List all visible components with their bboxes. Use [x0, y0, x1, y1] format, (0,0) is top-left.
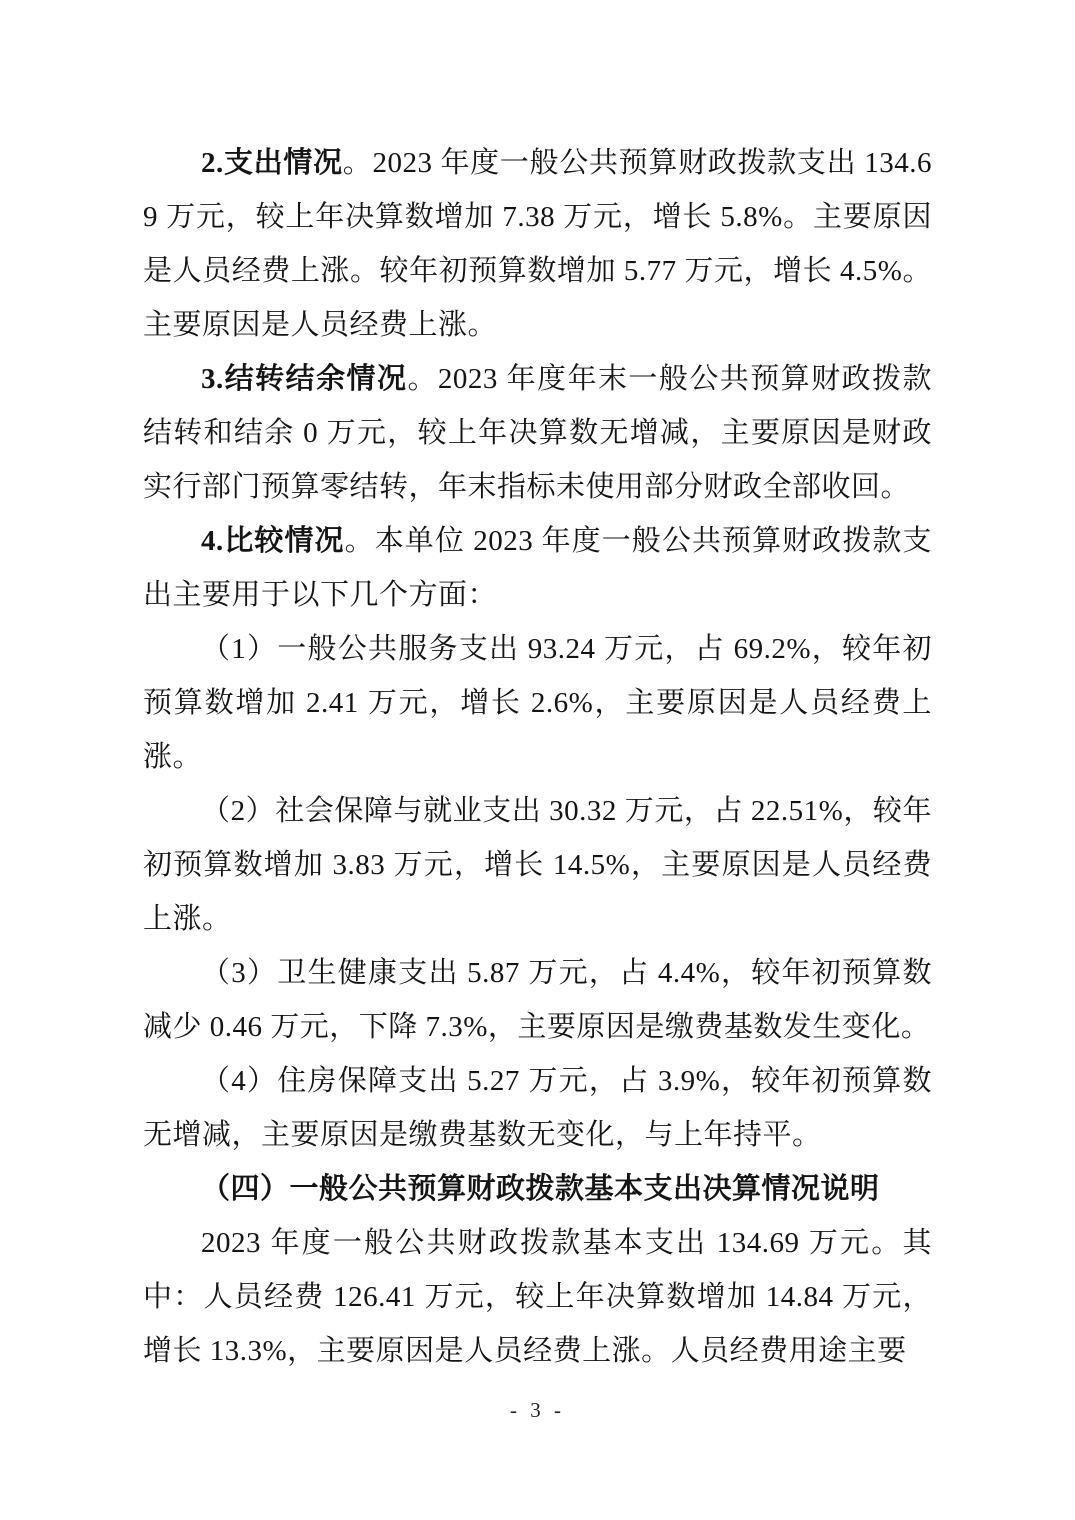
paragraph: 2.支出情况。2023 年度一般公共预算财政拨款支出 134.69 万元，较上年…: [143, 136, 932, 352]
paragraph: （1）一般公共服务支出 93.24 万元，占 69.2%，较年初预算数增加 2.…: [143, 622, 932, 784]
bold-text-run: （四）一般公共预算财政拨款基本支出决算情况说明: [201, 1173, 880, 1205]
text-run: （4）住房保障支出 5.27 万元，占 3.9%，较年初预算数无增减，主要原因是…: [143, 1065, 932, 1151]
paragraph: （4）住房保障支出 5.27 万元，占 3.9%，较年初预算数无增减，主要原因是…: [143, 1054, 932, 1162]
document-body: 2.支出情况。2023 年度一般公共预算财政拨款支出 134.69 万元，较上年…: [143, 136, 932, 1378]
section-heading: （四）一般公共预算财政拨款基本支出决算情况说明: [143, 1162, 932, 1216]
bold-text-run: 2.支出情况: [201, 147, 343, 179]
text-run: （2）社会保障与就业支出 30.32 万元，占 22.51%，较年初预算数增加 …: [143, 795, 932, 935]
bold-text-run: 4.比较情况: [201, 525, 345, 557]
paragraph: （2）社会保障与就业支出 30.32 万元，占 22.51%，较年初预算数增加 …: [143, 784, 932, 946]
paragraph: 3.结转结余情况。2023 年度年末一般公共预算财政拨款结转和结余 0 万元，较…: [143, 352, 932, 514]
paragraph: 2023 年度一般公共财政拨款基本支出 134.69 万元。其中：人员经费 12…: [143, 1216, 932, 1378]
document-page: 2.支出情况。2023 年度一般公共预算财政拨款支出 134.69 万元，较上年…: [0, 0, 1075, 1520]
text-run: （1）一般公共服务支出 93.24 万元，占 69.2%，较年初预算数增加 2.…: [143, 633, 932, 773]
text-run: 2023 年度一般公共财政拨款基本支出 134.69 万元。其中：人员经费 12…: [143, 1227, 932, 1367]
paragraph: （3）卫生健康支出 5.87 万元，占 4.4%，较年初预算数减少 0.46 万…: [143, 946, 932, 1054]
text-run: （3）卫生健康支出 5.87 万元，占 4.4%，较年初预算数减少 0.46 万…: [143, 957, 932, 1043]
page-number: - 3 -: [0, 1398, 1075, 1423]
paragraph: 4.比较情况。本单位 2023 年度一般公共预算财政拨款支出主要用于以下几个方面…: [143, 514, 932, 622]
bold-text-run: 3.结转结余情况: [201, 363, 407, 395]
